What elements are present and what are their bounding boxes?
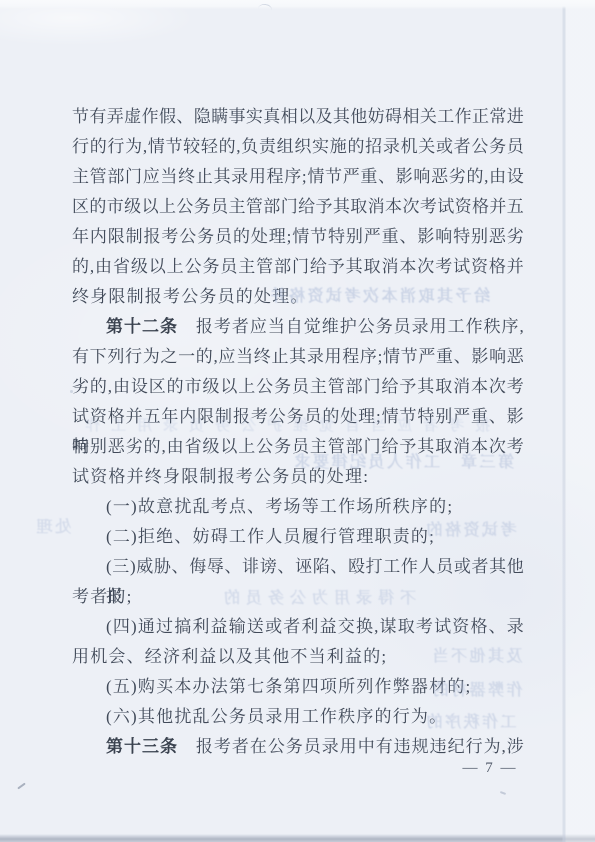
bleedthrough-text: 考试资格的 xyxy=(424,517,517,540)
bleedthrough-text: 作弊器材的 xyxy=(430,677,523,700)
text-line: 年内限制报考公务员的处理;情节特别严重、影响特别恶劣 xyxy=(72,222,524,252)
bleedthrough-text: 第三章 工作人员纪律要求 xyxy=(292,449,514,472)
text-line: 区的市级以上公务员主管部门给予其取消本次考试资格并五 xyxy=(72,192,524,222)
bleedthrough-text: 不得录用为公务员的 xyxy=(218,585,416,608)
text-line: 主管部门应当终止其录用程序;情节严重、影响恶劣的,由设 xyxy=(72,162,524,192)
list-item-3: (三)威胁、侮辱、诽谤、诬陷、殴打工作人员或者其他报 xyxy=(72,552,524,582)
list-item-4: (四)通过搞利益输送或者利益交换,谋取考试资格、录 xyxy=(72,612,524,642)
text-line: 有下列行为之一的,应当终止其录用程序;情节严重、影响恶 xyxy=(72,342,524,372)
article-12-heading-line: 第十二条 报考者应当自觉维护公务员录用工作秩序, xyxy=(72,312,524,342)
scanned-page: 节有弄虚作假、隐瞒事实真相以及其他妨碍相关工作正常进 行的行为,情节较轻的,负责… xyxy=(0,0,595,842)
smudge-mark xyxy=(500,791,506,795)
text-line: 节有弄虚作假、隐瞒事实真相以及其他妨碍相关工作正常进 xyxy=(72,102,524,132)
scratch-mark xyxy=(257,3,272,16)
article-number: 第十二条 xyxy=(106,317,178,336)
smudge-mark xyxy=(17,783,26,790)
text-line: 劣的,由设区的市级以上公务员主管部门给予其取消本次考 xyxy=(72,372,524,402)
bleedthrough-text: 处理 xyxy=(34,514,71,537)
bleedthrough-text: 给予其取消本次考试资格并 xyxy=(268,283,490,306)
bleedthrough-text: 工作秩序的 xyxy=(424,709,517,732)
bleedthrough-text: 报考者应当自觉维护公务员录用工作 xyxy=(74,414,490,435)
text-line: 的,由省级以上公务员主管部门给予其取消本次考试资格并 xyxy=(72,252,524,282)
page-number: — 7 — xyxy=(448,756,532,780)
text-line: 行的行为,情节较轻的,负责组织实施的招录机关或者公务员 xyxy=(72,132,524,162)
article-number: 第十三条 xyxy=(106,737,178,756)
dust-dot xyxy=(70,390,73,393)
bleedthrough-text: 及其他不当 xyxy=(430,643,523,666)
